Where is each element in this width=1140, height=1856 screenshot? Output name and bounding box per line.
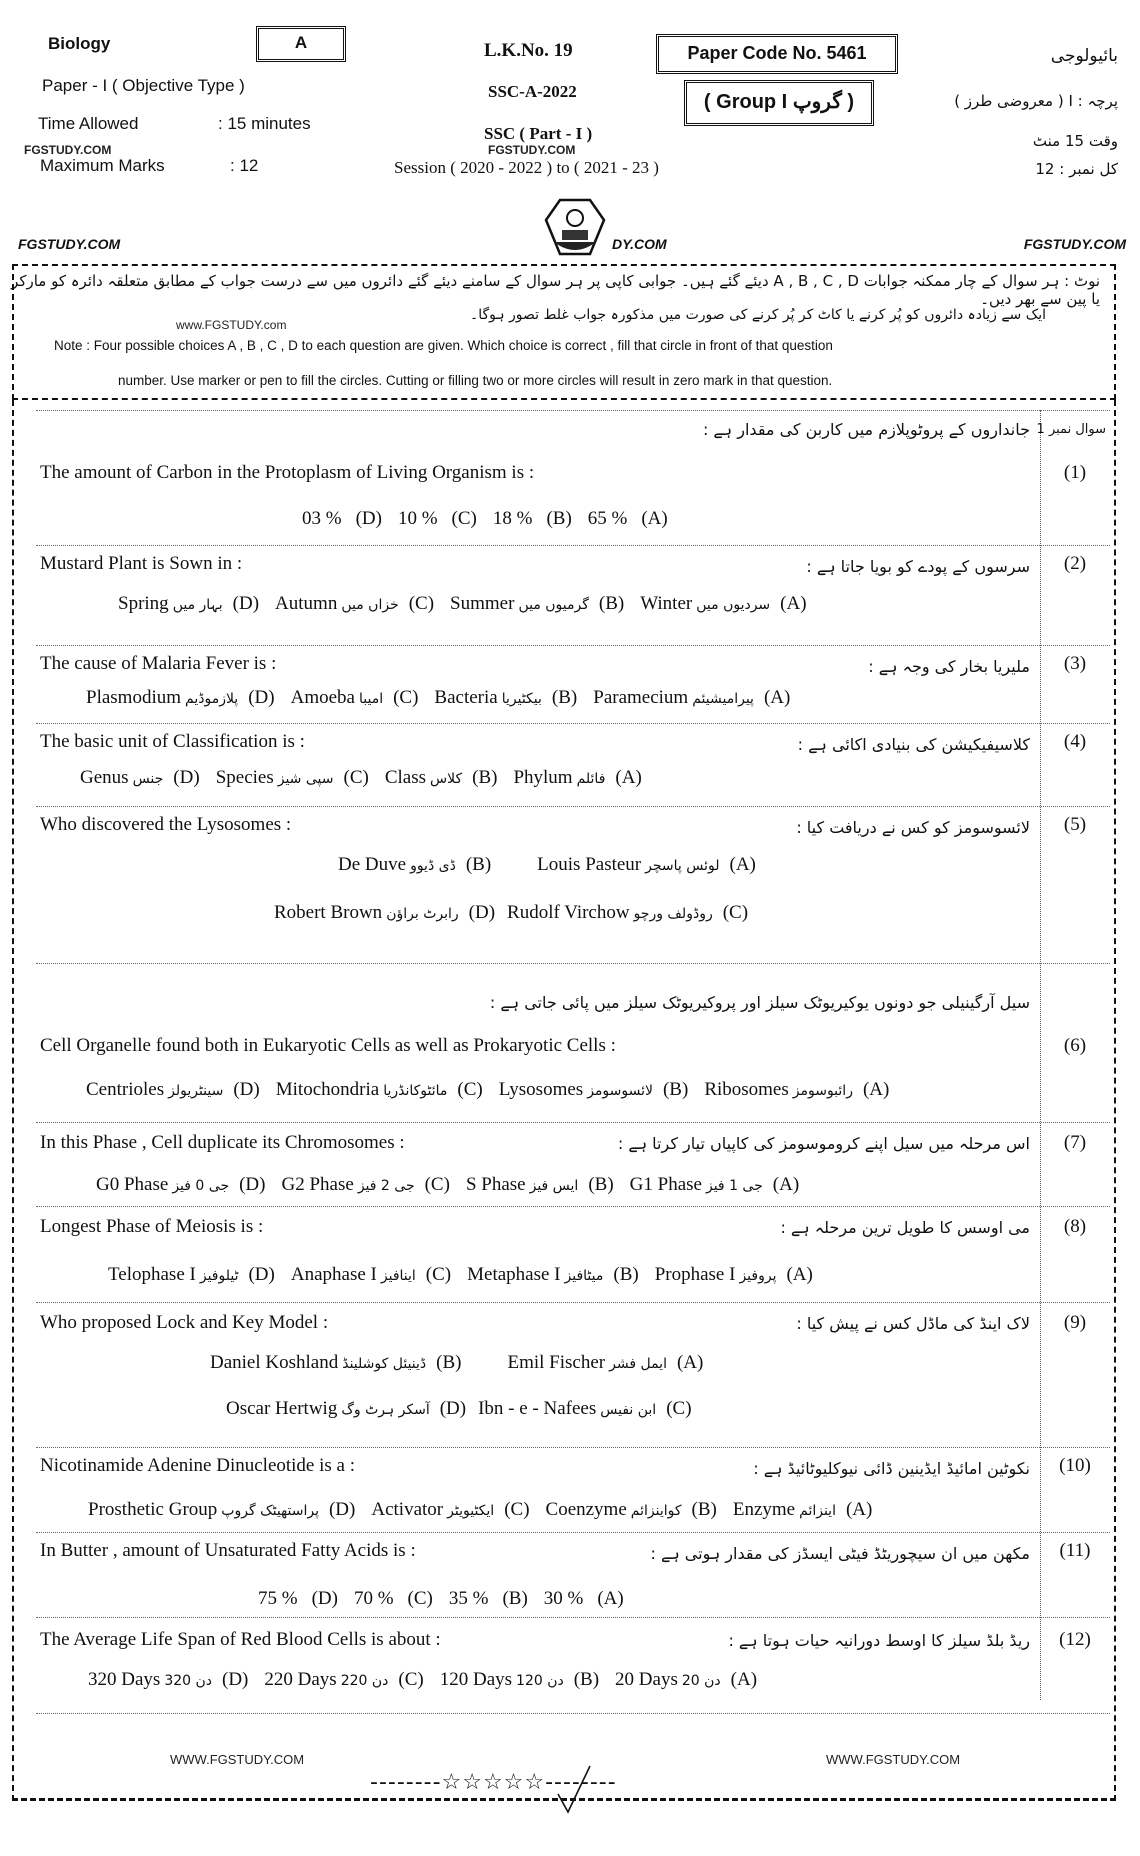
option-label: (B) <box>546 508 571 529</box>
option-label: (C) <box>457 1079 482 1100</box>
option-label: (D) <box>356 508 382 529</box>
note-english-line2: number. Use marker or pen to fill the ci… <box>118 373 832 388</box>
option-label: (D) <box>239 1174 265 1195</box>
option-text-urdu: 20 دن <box>682 1673 721 1689</box>
option-text: S Phase <box>466 1174 526 1195</box>
question-urdu: ریڈ بلڈ سیلز کا اوسط دورانیہ حیات ہوتا ہ… <box>728 1631 1030 1650</box>
answer-option[interactable]: Emil Fischerایمل فشر(A) <box>507 1352 709 1373</box>
option-label: (A) <box>773 1174 799 1195</box>
question-number: (5) <box>1045 814 1105 836</box>
option-label: (C) <box>504 1499 529 1520</box>
option-text-urdu: روڈولف ورچو <box>634 906 713 922</box>
option-label: (A) <box>846 1499 872 1520</box>
question-number: (12) <box>1045 1629 1105 1651</box>
time-label: Time Allowed <box>38 114 138 133</box>
answer-option[interactable]: Coenzymeکواینزائم(B) <box>546 1499 723 1520</box>
option-label: (A) <box>730 854 756 875</box>
question-english: Nicotinamide Adenine Dinucleotide is a : <box>40 1455 355 1477</box>
question-urdu: سیل آرگینیلی جو دونوں یوکیریوٹک سیلز اور… <box>490 993 1030 1012</box>
option-text: Anaphase I <box>291 1264 377 1285</box>
urdu-time: وقت 15 منٹ <box>1033 132 1118 150</box>
option-label: (C) <box>426 1264 451 1285</box>
question-divider <box>36 806 1110 807</box>
option-text: Phylum <box>513 767 572 788</box>
question-divider <box>36 1122 1110 1123</box>
option-text: Activator <box>371 1499 443 1520</box>
option-text-urdu: جی 0 فیز <box>172 1178 229 1194</box>
answer-option[interactable]: 75 %(D) <box>258 1588 344 1609</box>
option-text-urdu: جی 2 فیز <box>358 1178 415 1194</box>
option-label: (C) <box>452 508 477 529</box>
question-english: The amount of Carbon in the Protoplasm o… <box>40 462 534 484</box>
answer-option[interactable]: Prosthetic Groupپراستھیٹک گروپ(D) <box>88 1499 361 1520</box>
option-text-urdu: رائبوسومز <box>793 1083 853 1099</box>
option-label: (D) <box>248 687 274 708</box>
question-divider <box>36 410 1110 411</box>
question-number: (8) <box>1045 1216 1105 1238</box>
question-english: The basic unit of Classification is : <box>40 731 305 753</box>
option-text: Prosthetic Group <box>88 1499 217 1520</box>
answer-option[interactable]: G1 Phaseجی 1 فیز(A) <box>630 1174 806 1195</box>
option-text: Lysosomes <box>499 1079 583 1100</box>
option-text: Metaphase I <box>467 1264 560 1285</box>
watermark: FGSTUDY.COM <box>488 143 575 157</box>
options-row: 75 %(D)70 %(C)35 %(B)30 %(A) <box>258 1588 630 1610</box>
option-text: Ibn - e - Nafees <box>478 1398 596 1419</box>
option-label: (A) <box>780 593 806 614</box>
option-label: (D) <box>233 1079 259 1100</box>
question-english: In Butter , amount of Unsaturated Fatty … <box>40 1540 416 1562</box>
answer-option[interactable]: Bacteriaبیکٹیریا(B) <box>434 687 583 708</box>
options-row: Telophase Iٹیلوفیز(D)Anaphase Iاینافیز(C… <box>108 1264 819 1286</box>
answer-option[interactable]: Classکلاس(B) <box>385 767 504 788</box>
option-text-urdu: مائٹوکانڈریا <box>383 1083 447 1099</box>
urdu-paper: پرچہ : I ( معروضی طرز ) <box>954 92 1118 110</box>
option-label: (C) <box>398 1669 423 1690</box>
time-value: : 15 minutes <box>218 114 311 134</box>
answer-option[interactable]: Telophase Iٹیلوفیز(D) <box>108 1264 281 1285</box>
option-text: Spring <box>118 593 169 614</box>
option-text: Emil Fischer <box>507 1352 605 1373</box>
question-number-urdu: سوال نمبر 1 <box>1037 422 1106 437</box>
option-text: 10 % <box>398 508 438 529</box>
question-divider <box>36 645 1110 646</box>
watermark: FGSTUDY.COM <box>18 236 120 252</box>
option-text: Autumn <box>275 593 337 614</box>
question-divider <box>36 1302 1110 1303</box>
question-english: The cause of Malaria Fever is : <box>40 653 276 675</box>
options-row: 03 %(D)10 %(C)18 %(B)65 %(A) <box>302 508 674 530</box>
option-label: (D) <box>329 1499 355 1520</box>
answer-option[interactable]: Summerگرمیوں میں(B) <box>450 593 630 614</box>
question-number: (7) <box>1045 1132 1105 1154</box>
maximum-marks: Maximum Marks : 12 <box>40 156 340 176</box>
question-number: (3) <box>1045 653 1105 675</box>
option-text-urdu: 120 دن <box>516 1673 564 1689</box>
option-text: Genus <box>80 767 129 788</box>
option-text: Oscar Hertwig <box>226 1398 337 1419</box>
option-text: Summer <box>450 593 514 614</box>
option-text-urdu: پروفیز <box>739 1268 776 1284</box>
answer-option[interactable]: Amoebaامیبا(C) <box>291 687 425 708</box>
question-english: Mustard Plant is Sown in : <box>40 553 242 575</box>
option-text: 320 Days <box>88 1669 160 1690</box>
option-text-urdu: ابن نفیس <box>600 1402 656 1418</box>
option-label: (D) <box>233 593 259 614</box>
option-label: (D) <box>248 1264 274 1285</box>
option-text: Louis Pasteur <box>537 854 641 875</box>
question-english: Cell Organelle found both in Eukaryotic … <box>40 1035 616 1057</box>
option-label: (D) <box>469 902 495 923</box>
answer-option[interactable]: Oscar Hertwigآسکر ہرٹ وگ(D) <box>226 1398 472 1419</box>
question-number: (10) <box>1045 1455 1105 1477</box>
option-text: Plasmodium <box>86 687 181 708</box>
option-text: 18 % <box>493 508 533 529</box>
question-number: (4) <box>1045 731 1105 753</box>
option-text-urdu: پلازموڈیم <box>185 691 238 707</box>
options-row: Centriolesسینٹریولز(D)Mitochondriaمائٹوک… <box>86 1079 895 1101</box>
answer-option[interactable]: Winterسردیوں میں(A) <box>640 593 812 614</box>
options-row: Springبہار میں(D)Autumnخزاں میں(C)Summer… <box>118 593 813 615</box>
option-label: (D) <box>312 1588 338 1609</box>
option-text-urdu: آسکر ہرٹ وگ <box>341 1402 429 1418</box>
check-mark-icon <box>554 1764 594 1816</box>
option-label: (B) <box>436 1352 461 1373</box>
options-row: Plasmodiumپلازموڈیم(D)Amoebaامیبا(C)Bact… <box>86 687 796 709</box>
option-label: (C) <box>425 1174 450 1195</box>
answer-option[interactable]: Ibn - e - Nafeesابن نفیس(C) <box>478 1398 697 1419</box>
option-text-urdu: خزاں میں <box>341 597 398 613</box>
option-text-urdu: سپی شیز <box>278 771 334 787</box>
answer-option[interactable]: Centriolesسینٹریولز(D) <box>86 1079 266 1100</box>
marks-label: Maximum Marks <box>40 156 165 175</box>
option-text-urdu: ڈی ڈیوو <box>410 858 456 874</box>
lk-number: L.K.No. 19 <box>484 40 573 62</box>
option-text-urdu: 220 دن <box>341 1673 389 1689</box>
option-text: Amoeba <box>291 687 355 708</box>
watermark: DY.COM <box>612 236 667 252</box>
option-text: 120 Days <box>440 1669 512 1690</box>
answer-option[interactable]: Louis Pasteurلوئس پاسچر(A) <box>537 854 762 875</box>
options-row: 320 Days320 دن(D)220 Days220 دن(C)120 Da… <box>88 1669 763 1691</box>
board-logo <box>540 196 610 258</box>
answer-option[interactable]: 10 %(C) <box>398 508 483 529</box>
answer-option[interactable]: Parameciumپیرامیشیئم(A) <box>593 687 796 708</box>
watermark: WWW.FGSTUDY.COM <box>170 1752 304 1767</box>
option-label: (B) <box>599 593 624 614</box>
option-text: 220 Days <box>264 1669 336 1690</box>
answer-option[interactable]: 18 %(B) <box>493 508 578 529</box>
option-label: (C) <box>723 902 748 923</box>
question-divider <box>36 1447 1110 1448</box>
question-english: Who discovered the Lysosomes : <box>40 814 291 836</box>
option-text-urdu: فائلم <box>577 771 606 787</box>
option-text-urdu: گرمیوں میں <box>518 597 588 613</box>
option-label: (B) <box>574 1669 599 1690</box>
subject-title: Biology <box>48 34 110 54</box>
option-text: Class <box>385 767 426 788</box>
paper-code-box: Paper Code No. 5461 <box>656 34 898 74</box>
option-text: 03 % <box>302 508 342 529</box>
question-divider <box>36 1206 1110 1207</box>
answer-option[interactable]: 30 %(A) <box>544 1588 630 1609</box>
option-text: Mitochondria <box>276 1079 379 1100</box>
note-urdu-line1: نوٹ : ہر سوال کے چار ممکنہ جوابات A , B … <box>0 272 1100 308</box>
option-label: (A) <box>731 1669 757 1690</box>
option-label: (C) <box>408 1588 433 1609</box>
option-text: Winter <box>640 593 692 614</box>
option-label: (B) <box>466 854 491 875</box>
option-text-urdu: جی 1 فیز <box>706 1178 763 1194</box>
option-label: (C) <box>409 593 434 614</box>
watermark: www.FGSTUDY.com <box>176 318 286 332</box>
option-text-urdu: جنس <box>133 771 164 787</box>
option-label: (C) <box>393 687 418 708</box>
option-text-urdu: ایکٹیویٹر <box>447 1503 494 1519</box>
question-number: (6) <box>1045 1035 1105 1057</box>
answer-option[interactable]: 320 Days320 دن(D) <box>88 1669 254 1690</box>
option-text-urdu: لائسوسومز <box>587 1083 653 1099</box>
question-english: Who proposed Lock and Key Model : <box>40 1312 328 1334</box>
option-text: 65 % <box>588 508 628 529</box>
options-row: Robert Brownرابرٹ براؤن(D)Rudolf Virchow… <box>274 902 754 924</box>
answer-option[interactable]: G2 Phaseجی 2 فیز(C) <box>282 1174 456 1195</box>
options-row: De Duveڈی ڈیوو(B)Louis Pasteurلوئس پاسچر… <box>338 854 762 876</box>
option-text-urdu: بہار میں <box>173 597 223 613</box>
option-text-urdu: لوئس پاسچر <box>645 858 719 874</box>
option-text-urdu: پراستھیٹک گروپ <box>221 1503 319 1519</box>
answer-option[interactable]: Activatorایکٹیویٹر(C) <box>371 1499 535 1520</box>
answer-option[interactable]: 220 Days220 دن(C) <box>264 1669 429 1690</box>
option-text-urdu: ایمل فشر <box>609 1356 667 1372</box>
question-divider <box>36 545 1110 546</box>
answer-option[interactable]: 65 %(A) <box>588 508 674 529</box>
option-label: (B) <box>663 1079 688 1100</box>
option-text-urdu: میٹافیز <box>565 1268 604 1284</box>
option-label: (B) <box>613 1264 638 1285</box>
exam-part: SSC ( Part - I ) <box>484 124 592 144</box>
option-text-urdu: ڈینیئل کوشلینڈ <box>342 1356 426 1372</box>
option-text: G0 Phase <box>96 1174 168 1195</box>
question-number: (11) <box>1045 1540 1105 1562</box>
option-label: (A) <box>786 1264 812 1285</box>
answer-option[interactable]: 20 Days20 دن(A) <box>615 1669 763 1690</box>
paper-variant-box: A <box>256 26 346 62</box>
option-text: G1 Phase <box>630 1174 702 1195</box>
option-text: 35 % <box>449 1588 489 1609</box>
answer-option[interactable]: Anaphase Iاینافیز(C) <box>291 1264 457 1285</box>
option-text: Bacteria <box>434 687 497 708</box>
option-label: (B) <box>502 1588 527 1609</box>
answer-option[interactable]: Robert Brownرابرٹ براؤن(D) <box>274 902 501 923</box>
option-label: (B) <box>552 687 577 708</box>
question-number: (1) <box>1045 462 1105 484</box>
option-text-urdu: سینٹریولز <box>168 1083 223 1099</box>
option-label: (B) <box>692 1499 717 1520</box>
question-divider <box>36 1532 1110 1533</box>
question-urdu: مکھن میں ان سیچوریٹڈ فیٹی ایسڈز کی مقدار… <box>650 1544 1030 1563</box>
question-urdu: نکوٹین امائیڈ ایڈینین ڈائی نیوکلیوٹائیڈ … <box>753 1459 1030 1478</box>
options-row: G0 Phaseجی 0 فیز(D)G2 Phaseجی 2 فیز(C)S … <box>96 1174 805 1196</box>
option-text: Robert Brown <box>274 902 382 923</box>
option-text: G2 Phase <box>282 1174 354 1195</box>
question-urdu: اس مرحلہ میں سیل اپنے کروموسومز کی کاپیا… <box>618 1134 1030 1153</box>
option-label: (D) <box>173 767 199 788</box>
answer-option[interactable]: Phylumفائلم(A) <box>513 767 647 788</box>
time-allowed: Time Allowed : 15 minutes <box>38 114 338 134</box>
option-label: (A) <box>764 687 790 708</box>
answer-option[interactable]: Lysosomesلائسوسومز(B) <box>499 1079 695 1100</box>
option-label: (D) <box>222 1669 248 1690</box>
option-text: Species <box>216 767 274 788</box>
marks-value: : 12 <box>230 156 258 176</box>
option-text: Enzyme <box>733 1499 795 1520</box>
question-urdu: می اوسس کا طویل ترین مرحلہ ہے : <box>780 1218 1030 1237</box>
option-label: (A) <box>677 1352 703 1373</box>
answer-option[interactable]: Ribosomesرائبوسومز(A) <box>704 1079 895 1100</box>
question-english: The Average Life Span of Red Blood Cells… <box>40 1629 441 1651</box>
option-text: Ribosomes <box>704 1079 788 1100</box>
watermark: FGSTUDY.COM <box>1024 236 1126 252</box>
option-label: (C) <box>344 767 369 788</box>
question-divider <box>36 1617 1110 1618</box>
option-text-urdu: پیرامیشیئم <box>692 691 754 707</box>
option-label: (A) <box>615 767 641 788</box>
option-label: (D) <box>440 1398 466 1419</box>
answer-option[interactable]: De Duveڈی ڈیوو(B) <box>338 854 497 875</box>
answer-option[interactable]: Springبہار میں(D) <box>118 593 265 614</box>
option-text-urdu: رابرٹ براؤن <box>386 906 458 922</box>
option-text-urdu: اینافیز <box>381 1268 416 1284</box>
option-text: Coenzyme <box>546 1499 627 1520</box>
answer-option[interactable]: Genusجنس(D) <box>80 767 206 788</box>
option-text: 30 % <box>544 1588 584 1609</box>
group-box: ( Group I گروپ ) <box>684 80 874 126</box>
note-english-line1: Note : Four possible choices A , B , C ,… <box>54 338 833 353</box>
answer-option[interactable]: Daniel Koshlandڈینیئل کوشلینڈ(B) <box>210 1352 467 1373</box>
question-divider <box>36 723 1110 724</box>
option-text: Rudolf Virchow <box>507 902 630 923</box>
options-row: Genusجنس(D)Speciesسپی شیز(C)Classکلاس(B)… <box>80 767 648 789</box>
answer-option[interactable]: Mitochondriaمائٹوکانڈریا(C) <box>276 1079 489 1100</box>
option-text: 70 % <box>354 1588 394 1609</box>
option-text-urdu: اینزائم <box>799 1503 836 1519</box>
option-label: (A) <box>641 508 667 529</box>
answer-option[interactable]: 120 Days120 دن(B) <box>440 1669 605 1690</box>
session: Session ( 2020 - 2022 ) to ( 2021 - 23 ) <box>394 158 659 178</box>
question-divider <box>36 963 1110 964</box>
answer-option[interactable]: 70 %(C) <box>354 1588 439 1609</box>
answer-option[interactable]: Autumnخزاں میں(C) <box>275 593 440 614</box>
crest-icon <box>540 196 610 258</box>
question-number: (9) <box>1045 1312 1105 1334</box>
answer-option[interactable]: Rudolf Virchowروڈولف ورچو(C) <box>507 902 754 923</box>
answer-option[interactable]: G0 Phaseجی 0 فیز(D) <box>96 1174 272 1195</box>
option-label: (B) <box>472 767 497 788</box>
watermark: FGSTUDY.COM <box>24 143 111 157</box>
option-text-urdu: امیبا <box>359 691 383 707</box>
question-number: (2) <box>1045 553 1105 575</box>
answer-option[interactable]: S Phaseایس فیز(B) <box>466 1174 620 1195</box>
option-text: Paramecium <box>593 687 688 708</box>
urdu-marks: کل نمبر : 12 <box>1035 160 1118 178</box>
option-text: De Duve <box>338 854 406 875</box>
options-row: Daniel Koshlandڈینیئل کوشلینڈ(B)Emil Fis… <box>210 1352 709 1374</box>
answer-option[interactable]: 35 %(B) <box>449 1588 534 1609</box>
question-divider <box>36 1713 1110 1714</box>
option-text-urdu: ایس فیز <box>530 1178 579 1194</box>
question-urdu: لاک اینڈ کی ماڈل کس نے پیش کیا : <box>796 1314 1030 1333</box>
question-urdu: جانداروں کے پروٹوپلازم میں کاربن کی مقدا… <box>703 420 1030 439</box>
option-text-urdu: کلاس <box>430 771 462 787</box>
option-text-urdu: سردیوں میں <box>696 597 770 613</box>
note-urdu-line2: ایک سے زیادہ دائروں کو پُر کرنے یا کاٹ ک… <box>470 307 1046 323</box>
exam-code: SSC-A-2022 <box>488 82 577 102</box>
option-text: Daniel Koshland <box>210 1352 338 1373</box>
answer-option[interactable]: Plasmodiumپلازموڈیم(D) <box>86 687 281 708</box>
option-label: (A) <box>597 1588 623 1609</box>
option-text: Telophase I <box>108 1264 196 1285</box>
watermark: WWW.FGSTUDY.COM <box>826 1752 960 1767</box>
option-label: (A) <box>863 1079 889 1100</box>
question-urdu: لائسوسومز کو کس نے دریافت کیا : <box>796 818 1030 837</box>
urdu-subject: بائیولوجی <box>1051 46 1118 66</box>
question-urdu: کلاسیفیکیشن کی بنیادی اکائی ہے : <box>798 735 1030 754</box>
answer-option[interactable]: Metaphase Iمیٹافیز(B) <box>467 1264 645 1285</box>
option-label: (C) <box>666 1398 691 1419</box>
answer-option[interactable]: Enzymeاینزائم(A) <box>733 1499 879 1520</box>
option-text-urdu: بیکٹیریا <box>502 691 542 707</box>
option-text: Prophase I <box>655 1264 736 1285</box>
options-row: Prosthetic Groupپراستھیٹک گروپ(D)Activat… <box>88 1499 878 1521</box>
option-text-urdu: 320 دن <box>164 1673 212 1689</box>
option-text-urdu: ٹیلوفیز <box>200 1268 239 1284</box>
question-english: In this Phase , Cell duplicate its Chrom… <box>40 1132 405 1154</box>
question-urdu: سرسوں کے پودے کو بویا جاتا ہے : <box>806 557 1030 576</box>
answer-option[interactable]: 03 %(D) <box>302 508 388 529</box>
option-text-urdu: کواینزائم <box>631 1503 682 1519</box>
options-row: Oscar Hertwigآسکر ہرٹ وگ(D)Ibn - e - Naf… <box>226 1398 698 1420</box>
paper-type: Paper - I ( Objective Type ) <box>42 76 245 96</box>
question-english: Longest Phase of Meiosis is : <box>40 1216 263 1238</box>
option-text: Centrioles <box>86 1079 164 1100</box>
option-text: 20 Days <box>615 1669 678 1690</box>
question-number-column-divider <box>1040 410 1041 1700</box>
answer-option[interactable]: Prophase Iپروفیز(A) <box>655 1264 819 1285</box>
option-text: 75 % <box>258 1588 298 1609</box>
option-label: (B) <box>588 1174 613 1195</box>
question-urdu: ملیریا بخار کی وجہ ہے : <box>868 657 1030 676</box>
answer-option[interactable]: Speciesسپی شیز(C) <box>216 767 375 788</box>
